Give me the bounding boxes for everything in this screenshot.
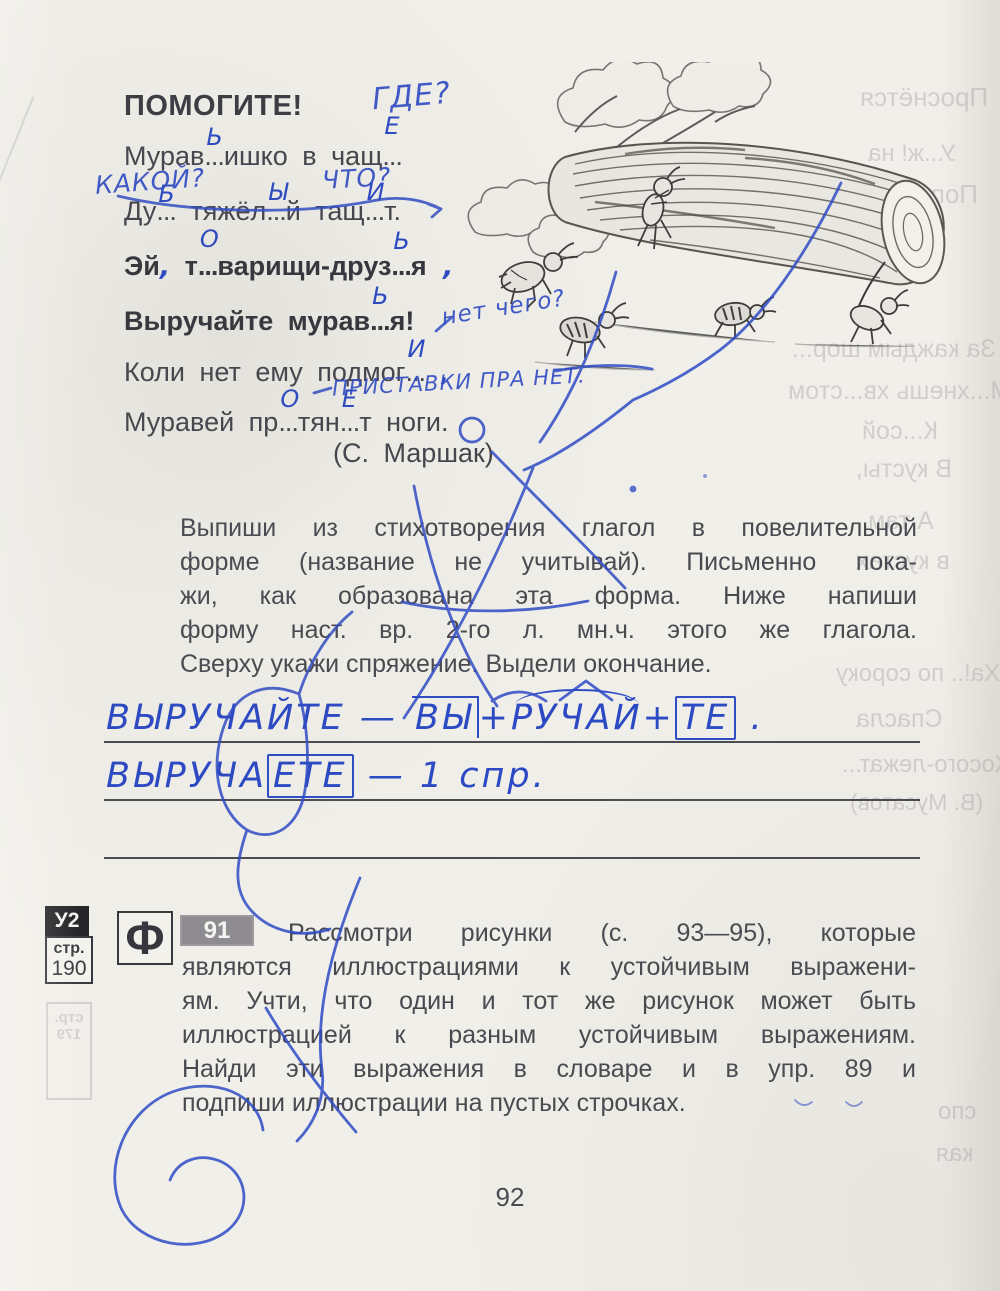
poem-author: (С. Маршак) [333, 438, 494, 469]
printed-text: й тащ [286, 196, 365, 226]
handwritten-letter: О [200, 227, 219, 251]
ants-log-illustration [415, 62, 990, 372]
fill-in-blank: ...Ь [204, 141, 224, 172]
printed-text: Выручайте мурав [124, 306, 370, 336]
exercise-91-text: Рассмотри рисунки (с. 93—95), которыеявл… [182, 916, 916, 1120]
poem-line: Эй, т...Оварищи-друз...Ья , [124, 251, 453, 282]
bleed-margin-label: стр. [54, 1009, 83, 1026]
answer-rule-2 [104, 799, 920, 801]
phi-icon: Ф [117, 911, 173, 965]
poem-line: Ду...Б тяжёл...Ый тащ...Ит. [124, 196, 401, 227]
bleedthrough-text: Косого-лежат... [842, 751, 1000, 779]
paragraph-line: Выпиши из стихотворения глагол в повелит… [180, 511, 917, 545]
bleedthrough-margin-box: стр. 179 [46, 1002, 92, 1100]
blank-dots: ... [370, 306, 390, 336]
bleedthrough-text: В кусты, [856, 455, 952, 484]
poem-line: Выручайте мурав...Ья! [124, 306, 414, 337]
handwritten-annotation: ЧТО? [321, 162, 392, 195]
fill-in-blank: ...Ь [370, 306, 390, 337]
printed-text: т. [384, 196, 401, 226]
paragraph-line: форме (название не учитывай). Письменно … [180, 545, 917, 579]
handwritten-mark: , [427, 251, 454, 282]
answer-segment: 1 спр. [420, 756, 547, 796]
page-number: 92 [470, 1182, 550, 1213]
fill-in-blank: ...Е [340, 407, 360, 438]
bleedthrough-text: (В. Мусатов) [850, 789, 983, 816]
fill-in-blank: ...О [278, 407, 298, 438]
handwritten-letter: И [408, 337, 426, 361]
bleedthrough-text: К...сой [862, 417, 938, 446]
answer-rule-1 [104, 741, 920, 743]
fill-in-blank: ...Ь [391, 251, 411, 282]
bleedthrough-text: М...хнешь хв...стом [788, 377, 1000, 406]
printed-text: варищи-друз [217, 251, 391, 281]
phi-letter: Ф [125, 912, 164, 964]
margin-volume-text: У2 [55, 909, 80, 932]
task-instructions: Выпиши из стихотворения глагол в повелит… [180, 511, 917, 681]
fill-in-blank: ...Б [156, 196, 176, 227]
answer-segment: + [643, 698, 675, 738]
handwritten-letter: Ь [393, 229, 409, 253]
handwritten-answer-1: ВЫРУЧАЙТЕ — ВЫ+РУЧАЙ+ТЕ . [106, 698, 765, 738]
answer-rule-3 [104, 857, 920, 859]
bleedthrough-text: кая [936, 1140, 973, 1168]
answer-segment-box: ТЕ [675, 696, 737, 740]
paragraph-line: форму наст. вр. 2-го л. мн.ч. этого же г… [180, 613, 917, 647]
bleedthrough-text: Спасла [856, 705, 943, 734]
fill-in-blank: ...И [365, 196, 385, 227]
handwritten-letter: Ы [268, 180, 288, 204]
answer-segment: — [354, 756, 420, 796]
answer-segment-bracket: ВЫ [412, 696, 479, 738]
margin-page-badge: стр. 190 [45, 936, 93, 984]
answer-segment: + [479, 698, 511, 738]
printed-text: т ноги. [359, 407, 448, 437]
paragraph-line: ям. Учти, что один и тот же рисунок може… [182, 984, 916, 1018]
printed-text: Муравей пр [124, 407, 278, 437]
printed-text: Ду [124, 196, 156, 226]
paragraph-line: Рассмотри рисунки (с. 93—95), которые [182, 916, 916, 950]
handwritten-letter: Ь [206, 125, 222, 149]
handwritten-mark: , [160, 251, 170, 282]
page-crease [0, 96, 34, 217]
answer-segment: — [346, 698, 412, 738]
answer-segment: . [736, 698, 764, 738]
printed-text: т [170, 251, 198, 281]
workbook-page: ПроснётсяУ...ж! наПопробуйЗа каждым шор.… [0, 0, 1000, 1291]
printed-text: Эй [124, 251, 160, 281]
handwritten-letter: О [280, 387, 299, 411]
answer-segment-arc: РУЧАЙ [511, 698, 643, 738]
margin-page-number: 190 [51, 957, 86, 980]
paragraph-line: подпиши иллюстрации на пустых строчках. [182, 1086, 916, 1120]
poem-line: Муравей пр...Отян...Ет ноги. [124, 407, 448, 438]
blank-dots: ... [198, 251, 218, 281]
fill-in-blank: ...О [198, 251, 218, 282]
answer-segment-box: ЕТЕ [267, 754, 354, 798]
bleedthrough-text: спо [938, 1098, 976, 1126]
printed-text: я! [390, 306, 415, 336]
paragraph-line: являются иллюстрациями к устойчивым выра… [182, 950, 916, 984]
blank-dots: ... [391, 251, 411, 281]
handwritten-letter: Ь [372, 284, 388, 308]
answer-segment: ВЫРУЧА [106, 756, 267, 796]
printed-text: тян [298, 407, 340, 437]
margin-volume-badge: У2 [45, 906, 89, 936]
fill-in-blank: ...Ы [266, 196, 286, 227]
margin-page-label: стр. [54, 940, 85, 957]
paragraph-line: Найди эти выражения в словаре и в упр. 8… [182, 1052, 916, 1086]
paragraph-line: Сверху укажи спряжение. Выдели окончание… [180, 647, 917, 681]
paragraph-line: иллюстрацией к разным устойчивым выражен… [182, 1018, 916, 1052]
handwritten-answer-2: ВЫРУЧАЕТЕ — 1 спр. [106, 756, 547, 796]
paragraph-line: жи, как образована эта форма. Ниже напиш… [180, 579, 917, 613]
handwritten-annotation: ГДЕ? [371, 76, 453, 118]
answer-segment: ВЫРУЧАЙТЕ [106, 698, 346, 738]
handwritten-letter: Е [384, 114, 399, 138]
printed-text: я [411, 251, 427, 281]
poem-title: ПОМОГИТЕ! [124, 90, 303, 123]
bleed-margin-num: 179 [56, 1026, 81, 1043]
printed-text: тяжёл [176, 196, 266, 226]
